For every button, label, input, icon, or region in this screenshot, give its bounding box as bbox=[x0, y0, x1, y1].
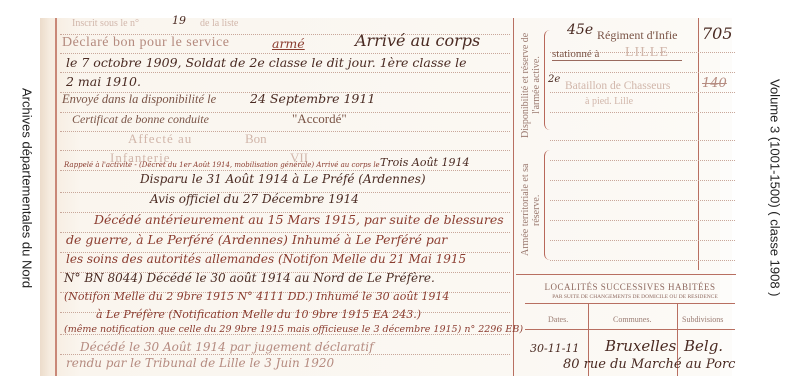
writing-line bbox=[60, 354, 510, 355]
death-note-2: de guerre, à Le Perféré (Ardennes) Inhum… bbox=[66, 232, 447, 247]
death-note-7: (même notification que celle du 29 9bre … bbox=[64, 324, 523, 335]
conduct-certificate-value: "Accordé" bbox=[292, 111, 347, 127]
writing-line bbox=[550, 240, 735, 241]
volume-caption-text: Volume 3 (1001-1500) ( classe 1908 ) bbox=[768, 79, 783, 297]
judgment-note-2: rendu par le Tribunal de Lille le 3 Juin… bbox=[66, 356, 334, 370]
official-notice: Avis officiel du 27 Décembre 1914 bbox=[150, 192, 359, 206]
writing-line bbox=[550, 220, 735, 221]
judgment-note-1: Décédé le 30 Août 1914 par jugement décl… bbox=[80, 340, 374, 354]
active-reserve-label: Disponibilité et réserve de l'armée acti… bbox=[520, 30, 544, 140]
battalion-label-right: Bataillon de Chasseurs bbox=[565, 80, 670, 92]
death-note-3: les soins des autorités allemandes (Noti… bbox=[66, 252, 466, 266]
death-note-1: Décédé antérieurement au 15 Mars 1915, p… bbox=[94, 212, 504, 227]
archive-caption: Archives départementales du Nord bbox=[12, 0, 42, 376]
register-number-struck: 140 bbox=[702, 76, 727, 91]
localities-title: LOCALITÉS SUCCESSIVES HABITÉES bbox=[530, 282, 730, 292]
enlistment-line: le 7 octobre 1909, Soldat de 2e classe l… bbox=[66, 55, 466, 70]
register-number-label: Inscrit sous le n° bbox=[72, 18, 139, 29]
missing-note: Disparu le 31 Août 1914 à Le Préfé (Arde… bbox=[140, 172, 426, 186]
writing-line bbox=[60, 72, 510, 73]
death-note-5: (Notifon Melle du 2 9bre 1915 N° 4111 DD… bbox=[64, 290, 449, 303]
right-column-divider bbox=[698, 18, 699, 270]
localities-subtitle: PAR SUITE DE CHANGEMENTS DE DOMICILE OU … bbox=[530, 294, 740, 300]
death-note-6: à Le Préfère (Notification Melle du 10 9… bbox=[96, 308, 421, 321]
battalion-location: à pied. Lille bbox=[585, 96, 633, 107]
death-note-4: N° BN 8044) Décédé le 30 août 1914 au No… bbox=[64, 271, 435, 285]
writing-line bbox=[550, 160, 735, 161]
table-top-rule bbox=[516, 274, 736, 275]
assignment-label: Affecté au bbox=[128, 131, 192, 147]
arrival-note: Arrivé au corps bbox=[355, 31, 480, 50]
regiment-label: Régiment d'Infie bbox=[597, 28, 677, 43]
list-label: de la liste bbox=[200, 18, 238, 29]
writing-line bbox=[550, 72, 735, 73]
service-status: armé bbox=[272, 36, 305, 51]
locality-date: 30-11-11 bbox=[530, 342, 579, 355]
battalion-number: 2e bbox=[548, 74, 560, 85]
writing-line bbox=[550, 180, 735, 181]
disponibility-date: 24 Septembre 1911 bbox=[250, 91, 375, 106]
territorial-label: Armée territoriale et sa réserve. bbox=[520, 160, 544, 260]
service-label: Déclaré bon pour le service bbox=[62, 35, 229, 51]
writing-line bbox=[550, 112, 735, 113]
volume-caption: Volume 3 (1001-1500) ( classe 1908 ) bbox=[760, 0, 790, 376]
writing-line bbox=[550, 140, 735, 141]
conduct-certificate-label: Certificat de bonne conduite bbox=[72, 112, 209, 127]
disponibility-label: Envoyé dans la disponibilité le bbox=[62, 92, 216, 107]
stationed-city: LILLE bbox=[625, 45, 669, 61]
table-header-bottom-rule bbox=[525, 329, 735, 330]
stationed-label: stationné à bbox=[552, 48, 599, 60]
writing-line bbox=[550, 200, 735, 201]
locality-commune: Bruxelles bbox=[605, 337, 676, 355]
recall-note: Rappelé à l'activité - (Décret du 1er Ao… bbox=[64, 161, 380, 169]
writing-line bbox=[550, 260, 735, 261]
brace-bottom bbox=[544, 150, 551, 260]
archive-caption-text: Archives départementales du Nord bbox=[20, 88, 35, 288]
locality-subdivision: Belg. bbox=[684, 337, 723, 355]
underline bbox=[552, 60, 682, 61]
column-divider bbox=[513, 18, 514, 376]
col-dates: Dates. bbox=[548, 315, 568, 324]
col-communes: Communes. bbox=[613, 315, 651, 324]
register-number: 19 bbox=[172, 14, 186, 27]
writing-line bbox=[550, 92, 735, 93]
table-header-rule bbox=[525, 303, 735, 304]
locality-address: 80 rue du Marché au Porc bbox=[563, 357, 735, 372]
recall-date: Trois Août 1914 bbox=[380, 156, 469, 169]
writing-line bbox=[60, 53, 510, 54]
regiment-number: 45e bbox=[567, 22, 593, 38]
battalion-label: Bon bbox=[245, 131, 267, 147]
promotion-date: 2 mai 1910. bbox=[66, 74, 141, 89]
col-subdivisions: Subdivisions bbox=[682, 315, 723, 324]
register-number-right: 705 bbox=[702, 24, 733, 43]
margin-rule bbox=[55, 18, 57, 376]
writing-line bbox=[60, 170, 510, 171]
